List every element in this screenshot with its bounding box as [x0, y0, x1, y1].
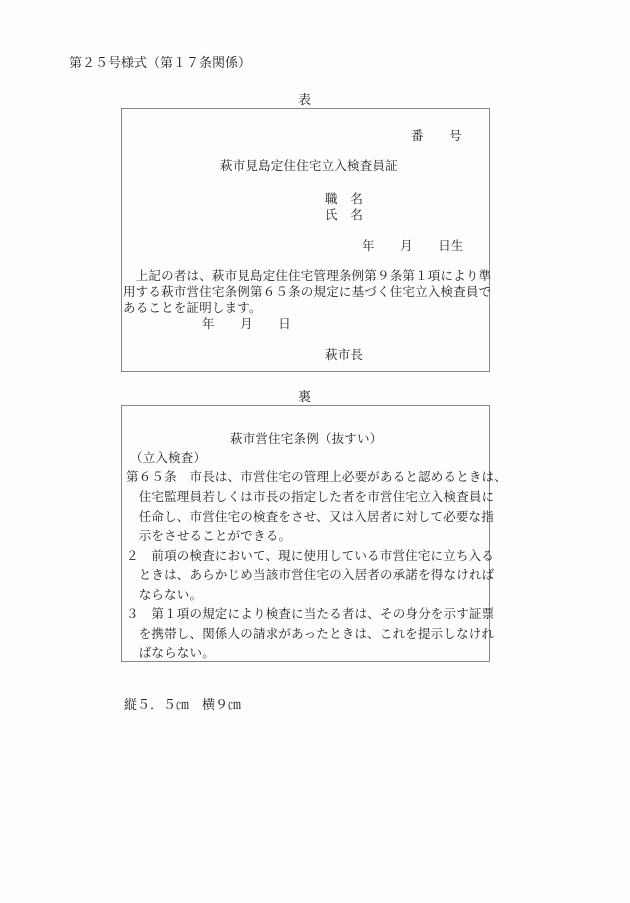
issuer: 萩市長 — [325, 345, 363, 363]
issue-date: 年 月 日 — [202, 314, 291, 332]
article-caption: （立入検査） — [130, 448, 206, 466]
front-card: 番 号 萩市見島定住住宅立入検査員証 職 名 氏 名 年 月 日生 上記の者は、… — [121, 108, 490, 372]
article-line: 第６５条 市長は、市営住宅の管理上必要があると認めるときは、 — [126, 467, 507, 485]
article-line: ときは、あらかじめ当該市営住宅の入居者の承諾を得なければ — [126, 565, 494, 583]
article-line: ３ 第１項の規定により検査に当たる者は、その身分を示す証票 — [126, 604, 494, 622]
card-title: 萩市見島定住住宅立入検査員証 — [220, 156, 398, 174]
article-line: 任命し、市営住宅の検査をさせ、又は入居者に対して必要な指 — [126, 507, 494, 525]
article-line: 示をさせることができる。 — [126, 526, 291, 544]
back-card: 萩市営住宅条例（抜すい） （立入検査） 第６５条 市長は、市営住宅の管理上必要が… — [121, 405, 490, 662]
back-heading: 裏 — [298, 386, 311, 405]
size-note: 縦５．５㎝ 横９㎝ — [124, 694, 241, 713]
name-label: 氏 名 — [325, 205, 363, 223]
article-line: ならない。 — [126, 585, 202, 603]
article-line: ２ 前項の検査において、現に使用している市営住宅に立ち入る — [126, 546, 494, 564]
form-number: 第２５号様式（第１７条関係） — [69, 52, 251, 71]
ordinance-title: 萩市営住宅条例（抜すい） — [230, 429, 382, 447]
birthdate-label: 年 月 日生 — [362, 236, 464, 254]
article-line: 住宅監理員若しくは市長の指定した者を市営住宅立入検査員に — [126, 487, 494, 505]
article-line: ばならない。 — [126, 643, 215, 661]
number-label: 番 号 — [411, 126, 462, 144]
article-line: を携帯し、関係人の請求があったときは、これを提示しなけれ — [126, 624, 494, 642]
front-heading: 表 — [298, 89, 311, 108]
